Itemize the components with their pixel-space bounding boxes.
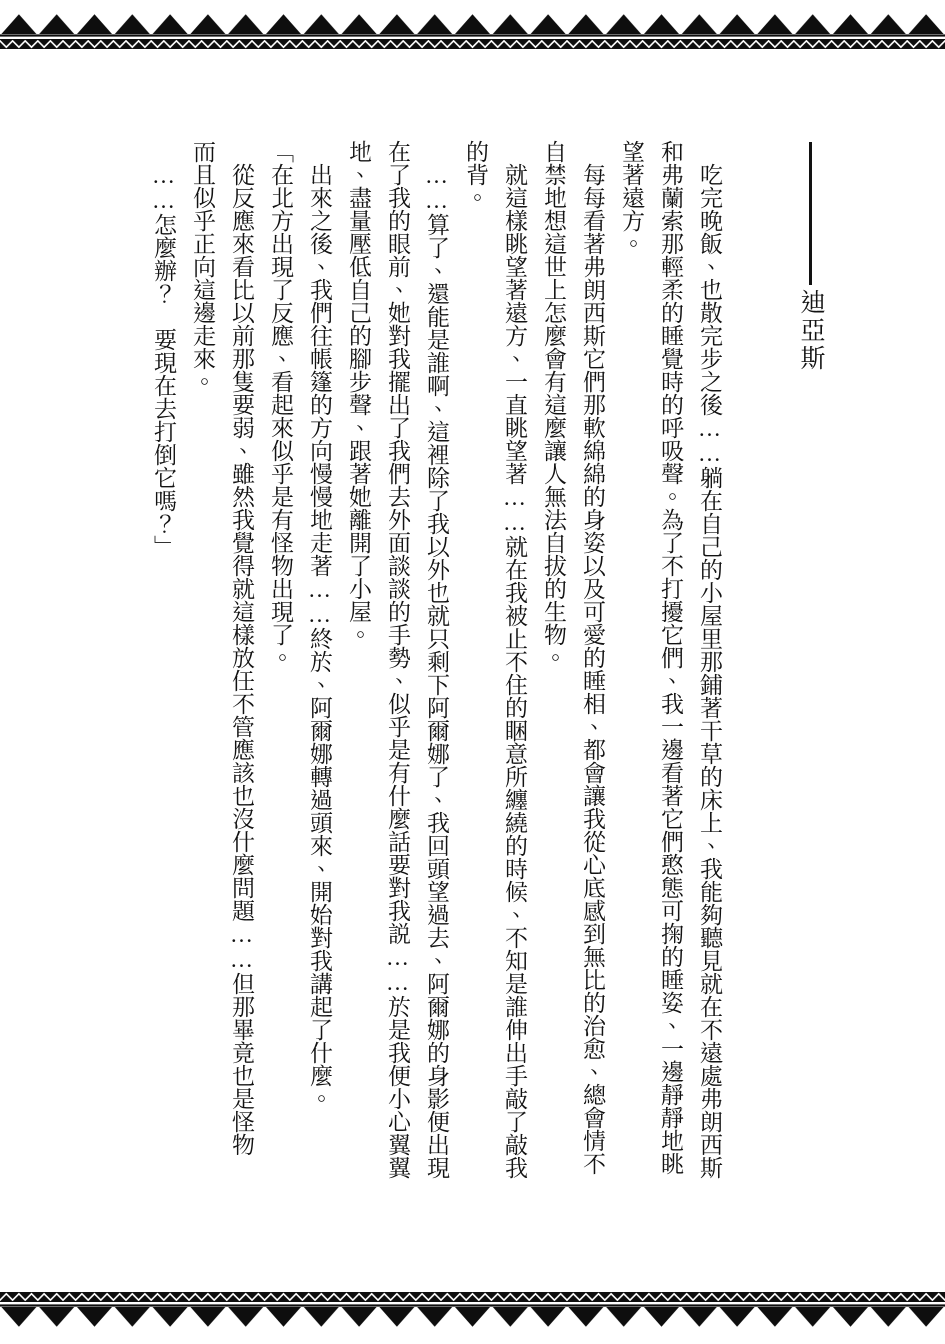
triangle-band-icon [0, 10, 945, 50]
paragraph: 「在北方出現了反應、看起來似乎是有怪物出現了。 [261, 140, 300, 1192]
paragraph: 而且似乎正向這邊走來。 [183, 140, 222, 1192]
paragraph: ……怎麼辦？ 要現在去打倒它嗎？」 [144, 140, 183, 1192]
paragraph: 每每看著弗朗西斯它們那軟綿綿的身姿以及可愛的睡相、都會讓我從心底感到無比的治愈、… [534, 140, 612, 1192]
paragraph: 出來之後、我們往帳篷的方向慢慢地走著……終於、阿爾娜轉過頭來、開始對我講起了什麼… [300, 140, 339, 1192]
speaker-attribution: 迪亞斯 [795, 142, 825, 373]
em-dash-rule [809, 142, 812, 285]
paragraph: 吃完晚飯、也散完步之後……躺在自己的小屋里那鋪著干草的床上、我能夠聽見就在不遠處… [612, 140, 729, 1192]
paragraph: ……算了、還能是誰啊、這裡除了我以外也就只剩下阿爾娜了、我回頭望過去、阿爾娜的身… [339, 140, 456, 1192]
speaker-name: 迪亞斯 [792, 289, 828, 373]
bottom-border-ornament [0, 1291, 945, 1331]
body-text: 吃完晚飯、也散完步之後……躺在自己的小屋里那鋪著干草的床上、我能夠聽見就在不遠處… [144, 140, 729, 1192]
novel-page: 迪亞斯 吃完晚飯、也散完步之後……躺在自己的小屋里那鋪著干草的床上、我能夠聽見就… [0, 0, 945, 1344]
paragraph: 從反應來看比以前那隻要弱、雖然我覺得就這樣放任不管應該也沒什麼問題……但那畢竟也… [222, 140, 261, 1192]
paragraph: 就這樣眺望著遠方、一直眺望著……就在我被止不住的睏意所纏繞的時候、不知是誰伸出手… [456, 140, 534, 1192]
top-border-ornament [0, 10, 945, 50]
triangle-band-icon [0, 1291, 945, 1331]
